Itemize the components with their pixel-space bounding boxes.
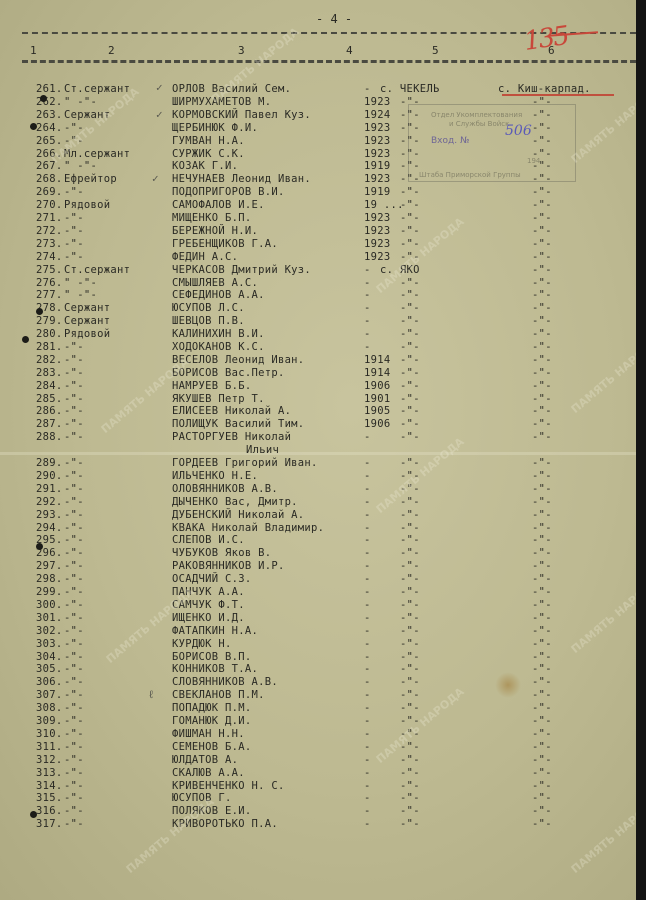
place-col5: -"- [400, 780, 420, 792]
row-number: 271. [36, 212, 63, 224]
full-name: ИЩЕНКО И.Д. [172, 612, 245, 624]
place-col6: -"- [532, 689, 552, 701]
place-col6: -"- [532, 625, 552, 637]
birth-year: - [364, 289, 371, 301]
rank: -"- [64, 689, 84, 701]
place-col5: -"- [400, 651, 420, 663]
row-number: 310. [36, 728, 63, 740]
rank: -"- [64, 405, 84, 417]
full-name: ФИШМАН Н.Н. [172, 728, 245, 740]
birth-year: 1923 [364, 122, 391, 134]
full-name: КОННИКОВ Т.А. [172, 663, 258, 675]
row-number: 307. [36, 689, 63, 701]
row-number: 317. [36, 818, 63, 830]
rank: -"- [64, 573, 84, 585]
place-col6: -"- [532, 264, 552, 276]
full-name: ЕЛИСЕЕВ Николай А. [172, 405, 291, 417]
full-name: КРИВЕНЧЕНКО Н. С. [172, 780, 285, 792]
place-col5: -"- [400, 586, 420, 598]
place-col5: -"- [400, 405, 420, 417]
place-col6: -"- [532, 676, 552, 688]
row-number: 304. [36, 651, 63, 663]
column-number-3: 3 [238, 44, 245, 57]
full-name: ГУМВАН Н.А. [172, 135, 245, 147]
place-col6: -"- [532, 573, 552, 585]
watermark: ПАМЯТЬ НАРОДА [569, 576, 636, 655]
full-name: РАСТОРГУЕВ Николай [172, 431, 291, 443]
watermark: ПАМЯТЬ НАРОДА [569, 796, 636, 875]
column-number-5: 5 [432, 44, 439, 57]
place-col6: -"- [532, 212, 552, 224]
full-name: ОЛОВЯННИКОВ А.В. [172, 483, 278, 495]
rank: -"- [64, 393, 84, 405]
place-col6: -"- [532, 186, 552, 198]
rank: -"- [64, 251, 84, 263]
birth-year: - [364, 534, 371, 546]
birth-year: - [364, 431, 371, 443]
rank: -"- [64, 728, 84, 740]
full-name: ФАТАПКИН Н.А. [172, 625, 258, 637]
place-col6: -"- [532, 612, 552, 624]
full-name: СЕМЕНОВ Б.А. [172, 741, 251, 753]
ink-blot [36, 308, 43, 315]
place-col6: -"- [532, 522, 552, 534]
birth-year: - [364, 522, 371, 534]
watermark: ПАМЯТЬ НАРОДА [374, 436, 466, 515]
place-col5: -"- [400, 805, 420, 817]
full-name: ФЕДИН А.С. [172, 251, 238, 263]
row-number: 279. [36, 315, 63, 327]
rank: -"- [64, 805, 84, 817]
rank: -"- [64, 354, 84, 366]
birth-year: 1924 [364, 109, 391, 121]
place-col5: -"- [400, 818, 420, 830]
birth-year: 1906 [364, 380, 391, 392]
birth-year: 1919 [364, 186, 391, 198]
rank: -"- [64, 638, 84, 650]
place-col5: -"- [400, 289, 420, 301]
place-col5: -"- [400, 676, 420, 688]
row-number: 312. [36, 754, 63, 766]
place-col6: -"- [532, 328, 552, 340]
watermark: ПАМЯТЬ НАРОДА [569, 336, 636, 415]
place-col5: -"- [400, 186, 420, 198]
rank: -"- [64, 380, 84, 392]
rank: -"- [64, 625, 84, 637]
birth-year: - [364, 457, 371, 469]
full-name: НАМРУЕВ Б.Б. [172, 380, 251, 392]
column-number-6: 6 [548, 44, 555, 57]
full-name: МИЩЕНКО Б.П. [172, 212, 251, 224]
birth-year: - [364, 483, 371, 495]
birth-year: 1901 [364, 393, 391, 405]
place-col5: -"- [400, 638, 420, 650]
birth-year: - [364, 767, 371, 779]
stamp-line-1: Отдел Укомплектования [431, 111, 522, 120]
birth-year: - [364, 547, 371, 559]
place-col5: -"- [400, 689, 420, 701]
row-number: 264. [36, 122, 63, 134]
full-name: ДУБЕНСКИЙ Николай А. [172, 509, 304, 521]
rank: -"- [64, 367, 84, 379]
place-col6: -"- [532, 367, 552, 379]
full-name: ОСАДЧИЙ С.З. [172, 573, 251, 585]
full-name: КОРМОВСКИЙ Павел Куз. [172, 109, 311, 121]
birth-year: 1914 [364, 367, 391, 379]
full-name: СУРЖИК С.К. [172, 148, 245, 160]
row-number: 282. [36, 354, 63, 366]
birth-year: - [364, 560, 371, 572]
birth-year: - [364, 341, 371, 353]
full-name: РАКОВЯННИКОВ И.Р. [172, 560, 285, 572]
full-name: КВАКА Николай Владимир. [172, 522, 324, 534]
column-number-4: 4 [346, 44, 353, 57]
place-col5: -"- [400, 457, 420, 469]
birth-year: 1923 [364, 148, 391, 160]
full-name: СВЕКЛАНОВ П.М. [172, 689, 265, 701]
rank: -"- [64, 496, 84, 508]
row-number: 301. [36, 612, 63, 624]
place-col5: -"- [400, 560, 420, 572]
birth-year: - [364, 805, 371, 817]
place-col6: -"- [532, 818, 552, 830]
place-col5: -"- [400, 367, 420, 379]
place-col6: -"- [532, 302, 552, 314]
place-col6: -"- [532, 418, 552, 430]
birth-year: 1923 [364, 212, 391, 224]
birth-year: - [364, 754, 371, 766]
rank: -"- [64, 663, 84, 675]
row-number: 272. [36, 225, 63, 237]
rank: Рядовой [64, 328, 110, 340]
place-col6: -"- [532, 741, 552, 753]
row-number: 300. [36, 599, 63, 611]
place-col5: -"- [400, 625, 420, 637]
stamp-line-4: 194 [527, 157, 540, 166]
birth-year: 1923 [364, 225, 391, 237]
place-col6: -"- [532, 354, 552, 366]
ink-blot [30, 123, 37, 130]
row-number: 309. [36, 715, 63, 727]
birth-year: - [364, 818, 371, 830]
rank: -"- [64, 225, 84, 237]
column-number-1: 1 [30, 44, 37, 57]
place-col6: -"- [532, 792, 552, 804]
full-name: СЕФЕДИНОВ А.А. [172, 289, 265, 301]
place-col5: -"- [400, 380, 420, 392]
scan-edge [636, 0, 646, 900]
birth-year: - [364, 277, 371, 289]
full-name: ХОДОКАНОВ К.С. [172, 341, 265, 353]
place-col6: -"- [532, 754, 552, 766]
rank: " -"- [64, 289, 97, 301]
stamp-line-5: Штаба Приморской Группы [419, 171, 521, 180]
full-name-continued: Ильич [246, 444, 279, 456]
rank: -"- [64, 547, 84, 559]
birth-year: - [364, 638, 371, 650]
checkmark-icon: ✓ [156, 81, 163, 94]
birth-year: - [364, 264, 371, 276]
watermark: ПАМЯТЬ НАРОДА [374, 686, 466, 765]
birth-year: - [364, 702, 371, 714]
red-underline-mark [502, 94, 614, 96]
paper-fold [0, 452, 636, 455]
stamp-line-3: Вход. № [431, 137, 469, 146]
full-name: ВЕСЕЛОВ Леонид Иван. [172, 354, 304, 366]
place-col5: -"- [400, 599, 420, 611]
place-col6: -"- [532, 805, 552, 817]
full-name: ПОЛИЩУК Василий Тим. [172, 418, 304, 430]
birth-year: - [364, 83, 371, 95]
full-name: БЕРЕЖНОЙ Н.И. [172, 225, 258, 237]
place-col6: -"- [532, 651, 552, 663]
full-name: ПОДОПРИГОРОВ В.И. [172, 186, 285, 198]
place-col6: -"- [532, 470, 552, 482]
place-col6: -"- [532, 767, 552, 779]
rank: -"- [64, 767, 84, 779]
place-col6: -"- [532, 277, 552, 289]
place-col5: -"- [400, 431, 420, 443]
row-number: 302. [36, 625, 63, 637]
full-name: ГРЕБЕНЩИКОВ Г.А. [172, 238, 278, 250]
row-number: 284. [36, 380, 63, 392]
full-name: ЩЕРБИНЮК Ф.И. [172, 122, 258, 134]
place-col6: -"- [532, 663, 552, 675]
header-rule-bottom [22, 60, 636, 63]
place-col5: -"- [400, 354, 420, 366]
place-col5: -"- [400, 341, 420, 353]
birth-year: - [364, 315, 371, 327]
place-col6: -"- [532, 289, 552, 301]
rank: Ефрейтор [64, 173, 117, 185]
rank: -"- [64, 715, 84, 727]
birth-year: - [364, 328, 371, 340]
place-col5: -"- [400, 547, 420, 559]
place-col5: -"- [400, 212, 420, 224]
full-name: БОРИСОВ В.П. [172, 651, 251, 663]
birth-year: - [364, 792, 371, 804]
rank: -"- [64, 522, 84, 534]
rank: " -"- [64, 96, 97, 108]
rank: -"- [64, 741, 84, 753]
place-col5: -"- [400, 277, 420, 289]
birth-year: 19 ... [364, 199, 404, 211]
row-number: 275. [36, 264, 63, 276]
birth-year: 1923 [364, 135, 391, 147]
birth-year: 1923 [364, 238, 391, 250]
rank: -"- [64, 818, 84, 830]
row-number: 299. [36, 586, 63, 598]
row-number: 263. [36, 109, 63, 121]
row-number: 311. [36, 741, 63, 753]
place-col6: -"- [532, 199, 552, 211]
column-number-2: 2 [108, 44, 115, 57]
full-name: СМЫШЛЯЕВ А.С. [172, 277, 258, 289]
row-number: 274. [36, 251, 63, 263]
place-col5: -"- [400, 767, 420, 779]
checkmark-icon: ✓ [156, 108, 163, 121]
rank: Ст.сержант [64, 264, 130, 276]
place-col5: -"- [400, 702, 420, 714]
row-number: 308. [36, 702, 63, 714]
rank: -"- [64, 212, 84, 224]
rank: Ст.сержант [64, 83, 130, 95]
stamp-line-2: и Службы Войск [449, 120, 509, 129]
place-col6: -"- [532, 483, 552, 495]
birth-year: - [364, 612, 371, 624]
rank: " -"- [64, 277, 97, 289]
full-name: ПОПАДЮК П.М. [172, 702, 251, 714]
row-number: 288. [36, 431, 63, 443]
row-number: 276. [36, 277, 63, 289]
place-col5: -"- [400, 328, 420, 340]
place-col5: -"- [400, 612, 420, 624]
full-name: САМОФАЛОВ И.Е. [172, 199, 265, 211]
rank: -"- [64, 418, 84, 430]
birth-year: 1914 [364, 354, 391, 366]
birth-year: - [364, 573, 371, 585]
place-col6: -"- [532, 393, 552, 405]
birth-year: - [364, 470, 371, 482]
rank: -"- [64, 792, 84, 804]
full-name: КАЛИНИХИН В.И. [172, 328, 265, 340]
row-number: 293. [36, 509, 63, 521]
full-name: СЛОВЯННИКОВ А.В. [172, 676, 278, 688]
full-name: СКАЛЮВ А.А. [172, 767, 245, 779]
rank: -"- [64, 560, 84, 572]
rank: -"- [64, 238, 84, 250]
place-col5: -"- [400, 522, 420, 534]
row-number: 273. [36, 238, 63, 250]
row-number: 270. [36, 199, 63, 211]
row-number: 268. [36, 173, 63, 185]
watermark: ПАМЯТЬ НАРОДА [569, 86, 636, 165]
full-name: ЯКУШЕВ Петр Т. [172, 393, 265, 405]
place-col6: -"- [532, 638, 552, 650]
ink-blot [36, 543, 43, 550]
row-number: 316. [36, 805, 63, 817]
place-col6: -"- [532, 702, 552, 714]
place-col5: с. ЧЕКЕЛЬ [380, 83, 440, 95]
rank: -"- [64, 431, 84, 443]
row-number: 265. [36, 135, 63, 147]
birth-year: - [364, 651, 371, 663]
rank: -"- [64, 586, 84, 598]
stamp-handwritten-number: 506 [505, 127, 532, 136]
birth-year: 1923 [364, 173, 391, 185]
row-number: 292. [36, 496, 63, 508]
rank: -"- [64, 341, 84, 353]
row-number: 281. [36, 341, 63, 353]
place-col6: -"- [532, 225, 552, 237]
archive-sheet-number: 135 [522, 21, 569, 57]
place-col6: -"- [532, 728, 552, 740]
row-number: 285. [36, 393, 63, 405]
place-col6: -"- [532, 780, 552, 792]
place-col6: -"- [532, 496, 552, 508]
rank: -"- [64, 612, 84, 624]
row-number: 286. [36, 405, 63, 417]
full-name: ГОМАНЮК Д.И. [172, 715, 251, 727]
place-col5: -"- [400, 792, 420, 804]
full-name: НЕЧУНАЕВ Леонид Иван. [172, 173, 311, 185]
row-number: 303. [36, 638, 63, 650]
row-number: 261. [36, 83, 63, 95]
handwritten-mark-icon: ℓ [148, 688, 155, 702]
ink-blot [22, 336, 29, 343]
place-col5: -"- [400, 534, 420, 546]
place-col6: -"- [532, 315, 552, 327]
paper-stain [495, 672, 521, 698]
rank: -"- [64, 754, 84, 766]
birth-year: 1905 [364, 405, 391, 417]
rank: -"- [64, 470, 84, 482]
row-number: 298. [36, 573, 63, 585]
rank: Сержант [64, 302, 110, 314]
rank: -"- [64, 676, 84, 688]
birth-year: - [364, 586, 371, 598]
rank: -"- [64, 702, 84, 714]
row-number: 283. [36, 367, 63, 379]
full-name: ЧЕРКАСОВ Дмитрий Куз. [172, 264, 311, 276]
full-name: КУРДЮК Н. [172, 638, 232, 650]
full-name: КОЗАК Г.И. [172, 160, 238, 172]
row-number: 290. [36, 470, 63, 482]
birth-year: - [364, 663, 371, 675]
place-col6: -"- [532, 586, 552, 598]
birth-year: 1906 [364, 418, 391, 430]
row-number: 306. [36, 676, 63, 688]
birth-year: - [364, 728, 371, 740]
birth-year: 1919 [364, 160, 391, 172]
rank: " -"- [64, 160, 97, 172]
row-number: 289. [36, 457, 63, 469]
place-col5: -"- [400, 663, 420, 675]
rank: -"- [64, 509, 84, 521]
birth-year: - [364, 676, 371, 688]
birth-year: - [364, 509, 371, 521]
birth-year: - [364, 496, 371, 508]
full-name: БОРИСОВ Вас.Петр. [172, 367, 285, 379]
place-col6: -"- [532, 547, 552, 559]
place-col6: -"- [532, 509, 552, 521]
row-number: 291. [36, 483, 63, 495]
full-name: ДЫЧЕНКО Вас, Дмитр. [172, 496, 298, 508]
row-number: 269. [36, 186, 63, 198]
full-name: ЧУБУКОВ Яков В. [172, 547, 271, 559]
ink-blot [40, 95, 47, 102]
place-col5: -"- [400, 573, 420, 585]
place-col5: -"- [400, 315, 420, 327]
birth-year: 1923 [364, 251, 391, 263]
full-name: ЮЛДАТОВ А. [172, 754, 238, 766]
rank: -"- [64, 483, 84, 495]
row-number: 277. [36, 289, 63, 301]
full-name: ЮСУПОВ Л.С. [172, 302, 245, 314]
checkmark-icon: ✓ [152, 172, 159, 185]
place-col6: -"- [532, 380, 552, 392]
birth-year: - [364, 715, 371, 727]
place-col6: -"- [532, 341, 552, 353]
row-number: 315. [36, 792, 63, 804]
rank: -"- [64, 457, 84, 469]
birth-year: - [364, 741, 371, 753]
birth-year: - [364, 689, 371, 701]
rank: -"- [64, 186, 84, 198]
rank: -"- [64, 651, 84, 663]
place-col6: -"- [532, 405, 552, 417]
place-col6: -"- [532, 560, 552, 572]
